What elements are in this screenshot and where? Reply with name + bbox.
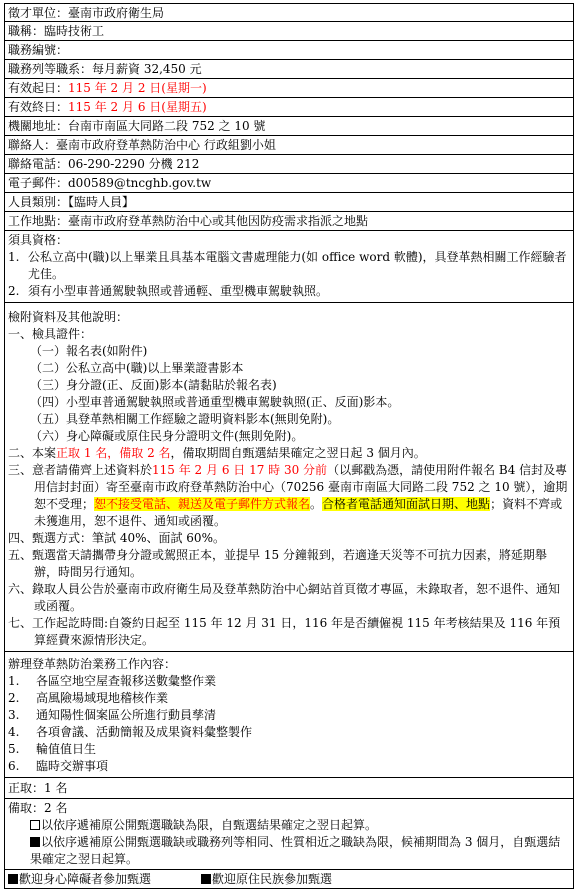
job-no-row: 職務編號： — [4, 41, 574, 60]
reserve-option[interactable]: 以依序遞補原公開甄選職缺為限，自甄選結果確定之翌日起算。 — [8, 817, 570, 834]
attachments-section: 檢附資料及其他說明： 一、檢具證件： （一）報名表(如附件) （二）公私立高中(… — [4, 303, 574, 652]
qualification-text: 須有小型車普通駕駛執照或普通輕、重型機車駕駛執照。 — [22, 283, 328, 300]
qualification-number: 1. — [8, 249, 22, 283]
duty-number: 4. — [8, 724, 36, 741]
duty-number: 3. — [8, 707, 36, 724]
document-item: （四）小型車普通駕駛執照或普通重型機車駕駛執照(正、反面)影本。 — [8, 394, 570, 411]
address-row: 機關地址：台南市南區大同路二段 752 之 10 號 — [4, 117, 574, 136]
duty-item: 5.輪值值日生 — [8, 741, 570, 758]
document-item: （一）報名表(如附件) — [8, 343, 570, 360]
qualification-item: 1. 公私立高中(職)以上畢業且具基本電腦文書處理能力(如 office wor… — [8, 249, 570, 283]
separator: 。 — [310, 497, 322, 511]
no-phone-notice: 恕不接受電話、親送及電子郵件方式報名 — [94, 497, 310, 511]
reserve-heading: 備取：2 名 — [8, 800, 570, 817]
grade-text: 職務列等職系：每月薪資 32,450 元 — [8, 62, 202, 76]
duty-number: 6. — [8, 758, 36, 775]
primary-admission-text: 正取：1 名 — [8, 781, 67, 795]
qualification-item: 2. 須有小型車普通駕駛執照或普通輕、重型機車駕駛執照。 — [8, 283, 570, 300]
document-item: （五）具登革熱相關工作經驗之證明資料影本(無則免附)。 — [8, 411, 570, 428]
category-text: 人員類別：【臨時人員】 — [8, 195, 134, 209]
location-text: 工作地點：臺南市政府登革熱防治中心或其他因防疫需求指派之地點 — [8, 214, 368, 228]
note-announcement: 六、錄取人員公告於臺南市政府衛生局及登革熱防治中心網站首頁徵才專區，未錄取者，恕… — [8, 581, 570, 615]
start-date-row: 有效起日：115 年 2 月 2 日(星期一) — [4, 79, 574, 98]
qualification-number: 2. — [8, 283, 22, 300]
duty-number: 1. — [8, 673, 36, 690]
email-text[interactable]: 電子郵件：d00589@tncghb.gov.tw — [8, 176, 211, 190]
end-date-label: 有效終日： — [8, 100, 68, 114]
job-no-text: 職務編號： — [8, 43, 68, 57]
duty-text: 各項會議、活動簡報及成果資料彙整製作 — [36, 724, 252, 741]
duty-text: 臨時交辦事項 — [36, 758, 108, 775]
attachments-heading: 檢附資料及其他說明： — [8, 309, 570, 326]
location-row: 工作地點：臺南市政府登革熱防治中心或其他因防疫需求指派之地點 — [4, 212, 574, 231]
duty-item: 4.各項會議、活動簡報及成果資料彙整製作 — [8, 724, 570, 741]
duty-number: 5. — [8, 741, 36, 758]
category-row: 人員類別：【臨時人員】 — [4, 193, 574, 212]
contact-text: 聯絡人：臺南市政府登革熱防治中心 行政組劉小姐 — [8, 138, 276, 152]
phone-row: 聯絡電話：06-290-2290 分機 212 — [4, 155, 574, 174]
end-date-row: 有效終日：115 年 2 月 6 日(星期五) — [4, 98, 574, 117]
duty-item: 6.臨時交辦事項 — [8, 758, 570, 775]
grade-row: 職務列等職系：每月薪資 32,450 元 — [4, 60, 574, 79]
note-submission: 三、意者請備齊上述資料於115 年 2 月 6 日 17 時 30 分前（以郵戳… — [8, 462, 570, 530]
unit-row: 徵才單位：臺南市政府衛生局 — [4, 3, 574, 22]
duties-heading: 辦理登革熱防治業務工作內容： — [8, 656, 570, 673]
documents-heading: 一、檢具證件： — [8, 326, 570, 343]
email-row: 電子郵件：d00589@tncghb.gov.tw — [4, 174, 574, 193]
duties-section: 辦理登革熱防治業務工作內容： 1.各區空地空屋查報移送數彙整作業 2.高風險場域… — [4, 652, 574, 778]
primary-admission-row: 正取：1 名 — [4, 778, 574, 799]
note-quota-highlight: 正取 1 名，備取 2 名 — [56, 446, 171, 460]
interview-notice: 合格者電話通知面試日期、地點 — [322, 497, 490, 511]
duty-item: 3.通知陽性個案區公所進行動員孳清 — [8, 707, 570, 724]
document-item: （六）身心障礙或原住民身分證明文件(無則免附)。 — [8, 428, 570, 445]
duty-text: 輪值值日生 — [36, 741, 96, 758]
duty-item: 1.各區空地空屋查報移送數彙整作業 — [8, 673, 570, 690]
checkbox-unchecked-icon[interactable] — [30, 820, 40, 830]
note-selection-day: 五、甄選當天請攜帶身分證或駕照正本，並提早 15 分鐘報到，若適逢天災等不可抗力… — [8, 547, 570, 581]
deadline-text: 115 年 2 月 6 日 17 時 30 分前 — [152, 463, 327, 477]
duty-text: 高風險場域現地稽核作業 — [36, 690, 168, 707]
document-item: （三）身分證(正、反面)影本(請黏貼於報名表) — [8, 377, 570, 394]
start-date-value: 115 年 2 月 2 日(星期一) — [68, 81, 207, 95]
note-quota: 二、本案正取 1 名，備取 2 名，備取期間自甄選結果確定之翌日起 3 個月內。 — [8, 445, 570, 462]
reserve-option-text: 以依序遞補原公開甄選職缺或職務列等相同、性質相近之職缺為限，候補期間為 3 個月… — [30, 835, 560, 839]
start-date-label: 有效起日： — [8, 81, 68, 95]
note-selection-method: 四、甄選方式：筆試 40%、面試 60%。 — [8, 530, 570, 547]
note-quota-prefix: 二、本案 — [8, 446, 56, 460]
address-text: 機關地址：台南市南區大同路二段 752 之 10 號 — [8, 119, 265, 133]
phone-text: 聯絡電話：06-290-2290 分機 212 — [8, 157, 199, 171]
title-row: 職稱：臨時技術工 — [4, 22, 574, 41]
reserve-option-text: 以依序遞補原公開甄選職缺為限，自甄選結果確定之翌日起算。 — [41, 818, 377, 832]
reserve-option[interactable]: 以依序遞補原公開甄選職缺或職務列等相同、性質相近之職缺為限，候補期間為 3 個月… — [8, 834, 570, 839]
note-work-period: 七、工作起訖時間:自簽約日起至 115 年 12 月 31 日，116 年是否續… — [8, 615, 570, 649]
title-text: 職稱：臨時技術工 — [8, 24, 104, 38]
note-quota-suffix: ，備取期間自甄選結果確定之翌日起 3 個月內。 — [171, 446, 426, 460]
qualifications-section: 須具資格： 1. 公私立高中(職)以上畢業且具基本電腦文書處理能力(如 offi… — [4, 231, 574, 303]
job-posting-table: 徵才單位：臺南市政府衛生局 職稱：臨時技術工 職務編號： 職務列等職系：每月薪資… — [4, 3, 574, 839]
reserve-section: 備取：2 名 以依序遞補原公開甄選職缺為限，自甄選結果確定之翌日起算。 以依序遞… — [4, 799, 574, 839]
duty-number: 2. — [8, 690, 36, 707]
duty-text: 各區空地空屋查報移送數彙整作業 — [36, 673, 216, 690]
note-submission-prefix: 三、意者請備齊上述資料於 — [8, 463, 152, 477]
duty-text: 通知陽性個案區公所進行動員孳清 — [36, 707, 216, 724]
duty-item: 2.高風險場域現地稽核作業 — [8, 690, 570, 707]
document-item: （二）公私立高中(職)以上畢業證書影本 — [8, 360, 570, 377]
end-date-value: 115 年 2 月 6 日(星期五) — [68, 100, 207, 114]
contact-row: 聯絡人：臺南市政府登革熱防治中心 行政組劉小姐 — [4, 136, 574, 155]
qualifications-heading: 須具資格： — [8, 232, 570, 249]
unit-text: 徵才單位：臺南市政府衛生局 — [8, 6, 164, 20]
qualification-text: 公私立高中(職)以上畢業且具基本電腦文書處理能力(如 office word 軟… — [22, 249, 570, 283]
